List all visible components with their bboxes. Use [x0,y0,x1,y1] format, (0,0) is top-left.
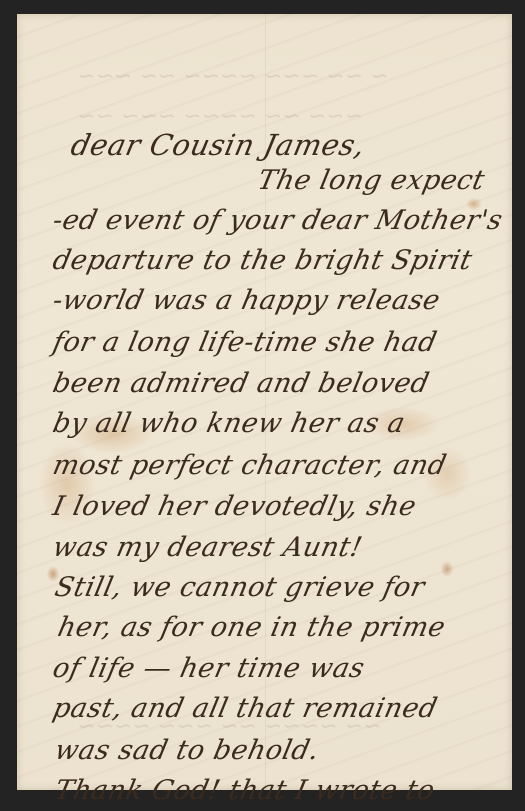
letter-line: departure to the bright Spirit [50,245,475,276]
letter-line: been admired and beloved [50,368,432,399]
letter-salutation: dear Cousin James, [68,128,368,162]
letter-line: The long expect [255,165,488,196]
letter-line: Thank God! that I wrote to [52,775,438,806]
ink-bleedthrough: ~~~ ~~ ~~~~ ~~~ ~~ [74,104,365,129]
letter-line: I loved her devotedly, she [50,491,419,522]
letter-line: -ed event of your dear Mother's [50,205,505,236]
scan-frame: ~ ~~ ~~~ ~~~~ ~~ ~~~ ~~~ ~~ ~~~~ ~~~ ~~ … [0,0,525,811]
letter-line: was sad to behold. [52,735,322,766]
letter-line: most perfect character, and [50,450,449,481]
letter-line: Still, we cannot grieve for [52,572,428,603]
letter-line: was my dearest Aunt! [50,532,365,563]
letter-line: her, as for one in the prime [55,612,448,643]
letter-line: -world was a happy release [50,285,443,316]
letter-line: for a long life-time she had [50,327,440,358]
letter-line: by all who knew her as a [50,408,408,439]
letter-line: of life — her time was [50,653,367,684]
ink-bleedthrough: ~ ~~ ~~~ ~~~~ ~~ ~~~ [74,64,391,89]
letter-line: past, and all that remained [50,693,440,724]
